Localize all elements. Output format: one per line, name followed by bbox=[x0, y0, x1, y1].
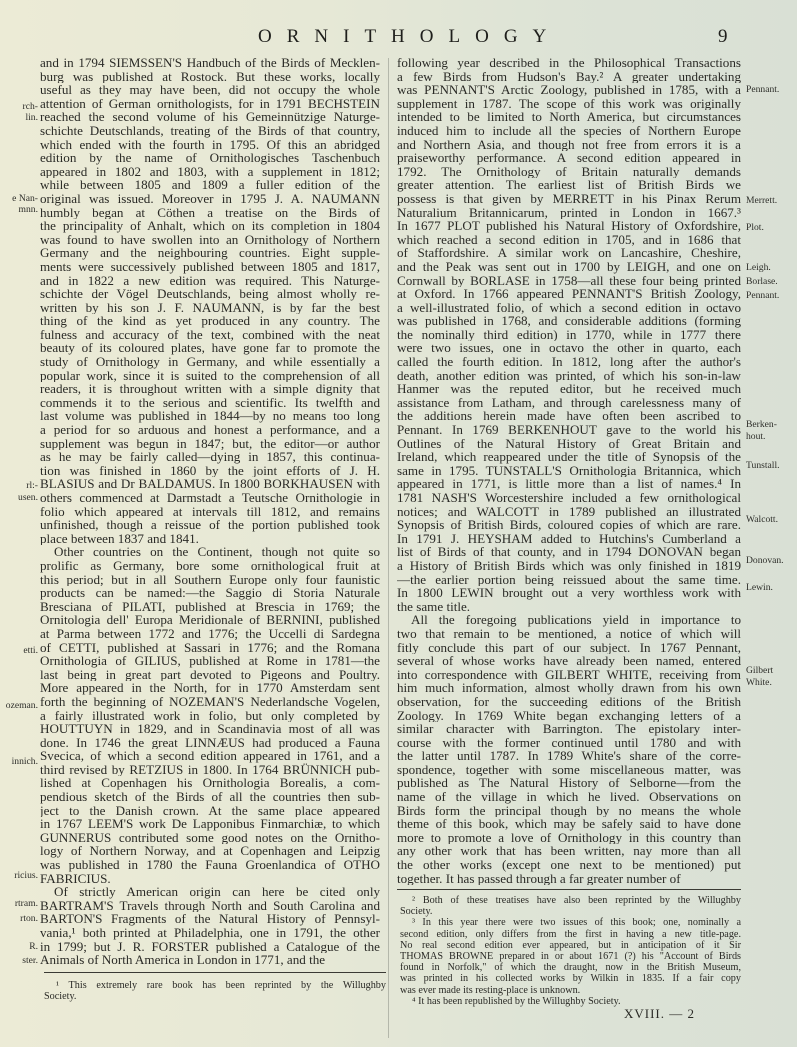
text-line: as he may be fairly called—dying in 1857… bbox=[40, 450, 380, 464]
text-line: was published in 1780 the Fauna Groenlan… bbox=[40, 858, 380, 872]
left-footnote-rule bbox=[44, 972, 386, 973]
text-line: In 1791 J. HEYSHAM added to Hutchins's C… bbox=[397, 532, 741, 546]
text-line: name of the village in which he lived. O… bbox=[397, 790, 741, 804]
text-line: original was issued. Moreover in 1795 J.… bbox=[40, 192, 380, 206]
margin-note: Walcott. bbox=[746, 514, 778, 525]
text-line: useful as they may have been, did not oc… bbox=[40, 83, 380, 97]
text-line: unfinished, though a reissue of the port… bbox=[40, 518, 380, 532]
text-line: Synopsis of British Birds, coloured copi… bbox=[397, 518, 741, 532]
margin-note: Merrett. bbox=[746, 195, 777, 206]
text-line: folio which appeared at intervals till 1… bbox=[40, 505, 380, 519]
text-line: the nominally third edition) in 1770, wh… bbox=[397, 328, 741, 342]
text-line: burg was published at Rostock. But these… bbox=[40, 70, 380, 84]
text-line: Germany and the neighbouring countries. … bbox=[40, 246, 380, 260]
text-line: supplement in 1787. The scope of this wo… bbox=[397, 97, 741, 111]
text-line: following year described in the Philosop… bbox=[397, 56, 741, 70]
text-line: while between 1805 and 1809 a fuller edi… bbox=[40, 178, 380, 192]
text-line: third revised by RETZIUS in 1800. In 176… bbox=[40, 763, 380, 777]
text-line: the other works (except one next to be m… bbox=[397, 858, 741, 872]
footnote-line: THOMAS BROWNE prepared in or about 1671 … bbox=[400, 951, 741, 962]
text-line: was published in 1768, and considerable … bbox=[397, 314, 741, 328]
footnote-line: ² Both of these treatises have also been… bbox=[400, 895, 741, 906]
text-line: humbly began at Cöthen a treatise on the… bbox=[40, 206, 380, 220]
text-line: called the fourth edition. In 1812, long… bbox=[397, 355, 741, 369]
text-line: others commenced at Darmstadt a Teutsche… bbox=[40, 491, 380, 505]
text-line: BARTON'S Fragments of the Natural Histor… bbox=[40, 912, 380, 926]
margin-note: innich. bbox=[12, 756, 38, 767]
text-line: BLASIUS and Dr BALDAMUS. In 1800 BORKHAU… bbox=[40, 477, 380, 491]
text-line: death, another edition was printed, of w… bbox=[397, 369, 741, 383]
margin-note: hout. bbox=[746, 431, 765, 442]
text-line: In 1677 PLOT published his Natural Histo… bbox=[397, 219, 741, 233]
text-line: thing of the kind as yet produced in any… bbox=[40, 314, 380, 328]
text-line: prolific as Germany, bore some ornitholo… bbox=[40, 559, 380, 573]
text-line: reached the second volume of his Gemeinn… bbox=[40, 110, 380, 124]
left-footnotes: ¹ This extremely rare book has been repr… bbox=[44, 980, 386, 1002]
right-footnote-rule bbox=[397, 889, 741, 890]
text-line: course with the former continued until 1… bbox=[397, 736, 741, 750]
text-line: Of strictly American origin can here be … bbox=[40, 885, 380, 899]
text-line: possess is that given by MERRETT in his … bbox=[397, 192, 741, 206]
margin-note: Berken- bbox=[746, 419, 777, 430]
text-line: GUNNERUS contributed some good notes on … bbox=[40, 831, 380, 845]
text-line: in 1767 LEEM'S work De Lapponibus Finmar… bbox=[40, 817, 380, 831]
text-line: greater attention. The earliest list of … bbox=[397, 178, 741, 192]
margin-note: rch- bbox=[23, 101, 38, 112]
document-page: ORNITHOLOGY 9 and in 1794 SIEMSSEN'S Han… bbox=[0, 0, 797, 1047]
margin-note: ozeman. bbox=[6, 700, 38, 711]
text-line: vania,¹ both printed at Philadelphia, on… bbox=[40, 926, 380, 940]
margin-note: Plot. bbox=[746, 222, 764, 233]
footnote-line: found in Norfolk," of which the draught,… bbox=[400, 962, 741, 973]
text-line: BARTRAM'S Travels through North and Sout… bbox=[40, 899, 380, 913]
text-line: same in 1795. TUNSTALL'S Ornithologia Br… bbox=[397, 464, 741, 478]
text-line: more to promote a love of Ornithology in… bbox=[397, 831, 741, 845]
margin-note: Tunstall. bbox=[746, 460, 780, 471]
text-line: schichte Deutschlands, treating of the B… bbox=[40, 124, 380, 138]
margin-note: lin. bbox=[25, 112, 38, 123]
text-line: schichte der Vögel Deutschlands, being a… bbox=[40, 287, 380, 301]
margin-note: rton. bbox=[20, 913, 38, 924]
text-line: appeared in 1802 and 1803, with a supple… bbox=[40, 165, 380, 179]
text-line: the additions herein made have often bee… bbox=[397, 409, 741, 423]
text-line: the latter until 1787. In 1789 White's s… bbox=[397, 749, 741, 763]
margin-note: rl:- bbox=[26, 480, 38, 491]
text-line: two that remain to be mentioned, a notic… bbox=[397, 627, 741, 641]
text-line: Outlines of the Natural History of Great… bbox=[397, 437, 741, 451]
text-line: appeared in 1771, is little more than a … bbox=[397, 477, 741, 491]
left-column: and in 1794 SIEMSSEN'S Handbuch of the B… bbox=[40, 56, 380, 967]
margin-note: White. bbox=[746, 677, 772, 688]
text-line: ments were successively published betwee… bbox=[40, 260, 380, 274]
text-line: pendious sketch of the Birds of all the … bbox=[40, 790, 380, 804]
text-line: Birds form the principal though by no me… bbox=[397, 804, 741, 818]
text-line: praiseworthy performance. A second editi… bbox=[397, 151, 741, 165]
text-line: theme of this book, which may be safely … bbox=[397, 817, 741, 831]
text-line: attention of German ornithologists, for … bbox=[40, 97, 380, 111]
margin-note: Pennant. bbox=[746, 290, 779, 301]
text-line: supplement was begun in 1847; but, the e… bbox=[40, 437, 380, 451]
margin-note: ricius. bbox=[14, 870, 38, 881]
text-line: study of Ornithology in Germany, and whi… bbox=[40, 355, 380, 369]
margin-note: Donovan. bbox=[746, 555, 784, 566]
text-line: of CETTI, published at Sassari in 1776; … bbox=[40, 641, 380, 655]
footnote-line: Society. bbox=[400, 906, 741, 917]
text-line: Zoology. In 1769 White began exchanging … bbox=[397, 709, 741, 723]
text-line: and in 1822 a new edition was required. … bbox=[40, 274, 380, 288]
text-line: a History of British Birds which was onl… bbox=[397, 559, 741, 573]
text-line: last volume was published in 1844—by no … bbox=[40, 409, 380, 423]
text-line: Ornitologia dell' Europa Meridionale of … bbox=[40, 613, 380, 627]
text-line: list of Birds of that county, and in 179… bbox=[397, 545, 741, 559]
margin-note: Leigh. bbox=[746, 262, 771, 273]
margin-note: Pennant. bbox=[746, 84, 779, 95]
margin-note: e Nan- bbox=[12, 193, 38, 204]
footnote-line: ³ In this year there were two issues of … bbox=[400, 917, 741, 928]
text-line: forth the beginning of NOZEMAN'S Nederla… bbox=[40, 695, 380, 709]
footnote-line: was ever made its resting-place is unkno… bbox=[400, 985, 741, 996]
text-line: logy of Northern Norway, and at Copenhag… bbox=[40, 844, 380, 858]
text-line: published as The Natural History of Selb… bbox=[397, 776, 741, 790]
text-line: observation, for the succeeding editions… bbox=[397, 695, 741, 709]
margin-note: etti. bbox=[23, 645, 38, 656]
text-line: and Northern Asia, and though not free f… bbox=[397, 138, 741, 152]
text-line: More appeared in the North, for in 1770 … bbox=[40, 681, 380, 695]
footnote-line: Society. bbox=[44, 991, 386, 1002]
text-line: fitly conclude this part of our subject.… bbox=[397, 641, 741, 655]
text-line: a few Birds from Hudson's Bay.² A greate… bbox=[397, 70, 741, 84]
text-line: was found to have swollen into an Ornith… bbox=[40, 233, 380, 247]
text-line: and in 1794 SIEMSSEN'S Handbuch of the B… bbox=[40, 56, 380, 70]
text-line: Ornithologia of GILIUS, published at Rom… bbox=[40, 654, 380, 668]
column-divider bbox=[388, 58, 389, 1038]
margin-note: Borlase. bbox=[746, 276, 778, 287]
text-line: the principality of Anhalt, which on its… bbox=[40, 219, 380, 233]
margin-note: ster. bbox=[22, 955, 38, 966]
text-line: induced him to include all the species o… bbox=[397, 124, 741, 138]
text-line: several of whose works have already been… bbox=[397, 654, 741, 668]
text-line: written by his son J. F. NAUMANN, is by … bbox=[40, 301, 380, 315]
text-line: Hanmer was the reputed editor, but he re… bbox=[397, 382, 741, 396]
margin-note: Lewin. bbox=[746, 582, 773, 593]
text-line: Svecica, of which a second edition appea… bbox=[40, 749, 380, 763]
text-line: in 1799; but J. R. FORSTER published a C… bbox=[40, 940, 380, 954]
text-line: All the foregoing publications yield in … bbox=[397, 613, 741, 627]
text-line: Naturalium Britannicarum, printed in Lon… bbox=[397, 206, 741, 220]
text-line: which reached a second edition in 1705, … bbox=[397, 233, 741, 247]
text-line: this period; but in all Southern Europe … bbox=[40, 573, 380, 587]
text-line: notices; and WALCOTT in 1789 published a… bbox=[397, 505, 741, 519]
text-line: any other work that has been written, na… bbox=[397, 844, 741, 858]
text-line: products can be named:—the Saggio di Sto… bbox=[40, 586, 380, 600]
footnote-line: second edition, only differs from the fi… bbox=[400, 929, 741, 940]
margin-note: rtram. bbox=[15, 898, 38, 909]
text-line: 1792. The Ornithology of Britain natural… bbox=[397, 165, 741, 179]
text-line: Cornwall by BORLASE in 1758—all these fo… bbox=[397, 274, 741, 288]
text-line: popular work, since it is suited to the … bbox=[40, 369, 380, 383]
running-title: ORNITHOLOGY bbox=[258, 26, 561, 48]
footnote-line: was printed in his collected works by Wi… bbox=[400, 973, 741, 984]
text-line: lished at Copenhagen his Ornithologia Bo… bbox=[40, 776, 380, 790]
text-line: which ended with the fourth in 1795. Of … bbox=[40, 138, 380, 152]
footnote-line: No real second edition ever appeared, bu… bbox=[400, 940, 741, 951]
signature-mark: XVIII. — 2 bbox=[624, 1006, 695, 1022]
text-line: were two issues, one in octavo the other… bbox=[397, 341, 741, 355]
text-line: done. In 1746 the great LINNÆUS had prod… bbox=[40, 736, 380, 750]
page-number: 9 bbox=[718, 26, 728, 48]
text-line: at Parma between 1772 and 1776; the Ucce… bbox=[40, 627, 380, 641]
text-line: ject to the Danish crown. At the same pl… bbox=[40, 804, 380, 818]
margin-note: usen. bbox=[18, 492, 38, 503]
text-line: together. It has passed through a far gr… bbox=[397, 872, 741, 886]
text-line: last being in great part devoted to Pige… bbox=[40, 668, 380, 682]
text-line: beauty of its coloured plates, have gone… bbox=[40, 341, 380, 355]
text-line: fulness and accuracy of the text, combin… bbox=[40, 328, 380, 342]
text-line: into correspondence with GILBERT WHITE, … bbox=[397, 668, 741, 682]
text-line: In 1800 LEWIN brought out a very worthle… bbox=[397, 586, 741, 600]
margin-note: R. bbox=[29, 941, 38, 952]
right-column: following year described in the Philosop… bbox=[397, 56, 741, 885]
text-line: Pennant. In 1769 BERKENHOUT gave to the … bbox=[397, 423, 741, 437]
text-line: at Oxford. In 1766 appeared PENNANT'S Br… bbox=[397, 287, 741, 301]
margin-note: Gilbert bbox=[746, 665, 773, 676]
running-head: ORNITHOLOGY 9 bbox=[0, 26, 797, 50]
text-line: commends it to the serious and scientifi… bbox=[40, 396, 380, 410]
text-line: a period for so arduous and honest a per… bbox=[40, 423, 380, 437]
text-line: —the earlier portion being reissued abou… bbox=[397, 573, 741, 587]
text-line: Bresciana of PILATI, published at Bresci… bbox=[40, 600, 380, 614]
text-line: Animals of North America in London in 17… bbox=[40, 953, 380, 967]
text-line: was PENNANT'S Arctic Zoology, published … bbox=[397, 83, 741, 97]
text-line: him much information, almost wholly draw… bbox=[397, 681, 741, 695]
text-line: a well-illustrated folio, of which a sec… bbox=[397, 301, 741, 315]
text-line: of Staffordshire. A similar work on Lanc… bbox=[397, 246, 741, 260]
text-line: tion was finished in 1860 by the joint e… bbox=[40, 464, 380, 478]
text-line: the same title. bbox=[397, 600, 741, 614]
text-line: Other countries on the Continent, though… bbox=[40, 545, 380, 559]
footnote-line: ¹ This extremely rare book has been repr… bbox=[44, 980, 386, 991]
text-line: Ireland, which reappeared under the titl… bbox=[397, 450, 741, 464]
text-line: and the Peak was sent out in 1700 by LEI… bbox=[397, 260, 741, 274]
text-line: place between 1837 and 1841. bbox=[40, 532, 380, 546]
text-line: similar character with Barrington. The e… bbox=[397, 722, 741, 736]
text-line: spondence, together with some miscellane… bbox=[397, 763, 741, 777]
text-line: FABRICIUS. bbox=[40, 872, 380, 886]
text-line: intended to be limited to North America,… bbox=[397, 110, 741, 124]
text-line: readers, it is throughout written with a… bbox=[40, 382, 380, 396]
right-footnotes: ² Both of these treatises have also been… bbox=[400, 895, 741, 1007]
margin-note: mnn. bbox=[19, 204, 38, 215]
text-line: a fairly illustrated work in folio, but … bbox=[40, 709, 380, 723]
text-line: 1781 NASH'S Worcestershire included a fe… bbox=[397, 491, 741, 505]
text-line: HOUTTUYN in 1829, and in Scandinavia mos… bbox=[40, 722, 380, 736]
text-line: assistance from Latham, and through care… bbox=[397, 396, 741, 410]
text-line: edition by the name of Ornithologisches … bbox=[40, 151, 380, 165]
